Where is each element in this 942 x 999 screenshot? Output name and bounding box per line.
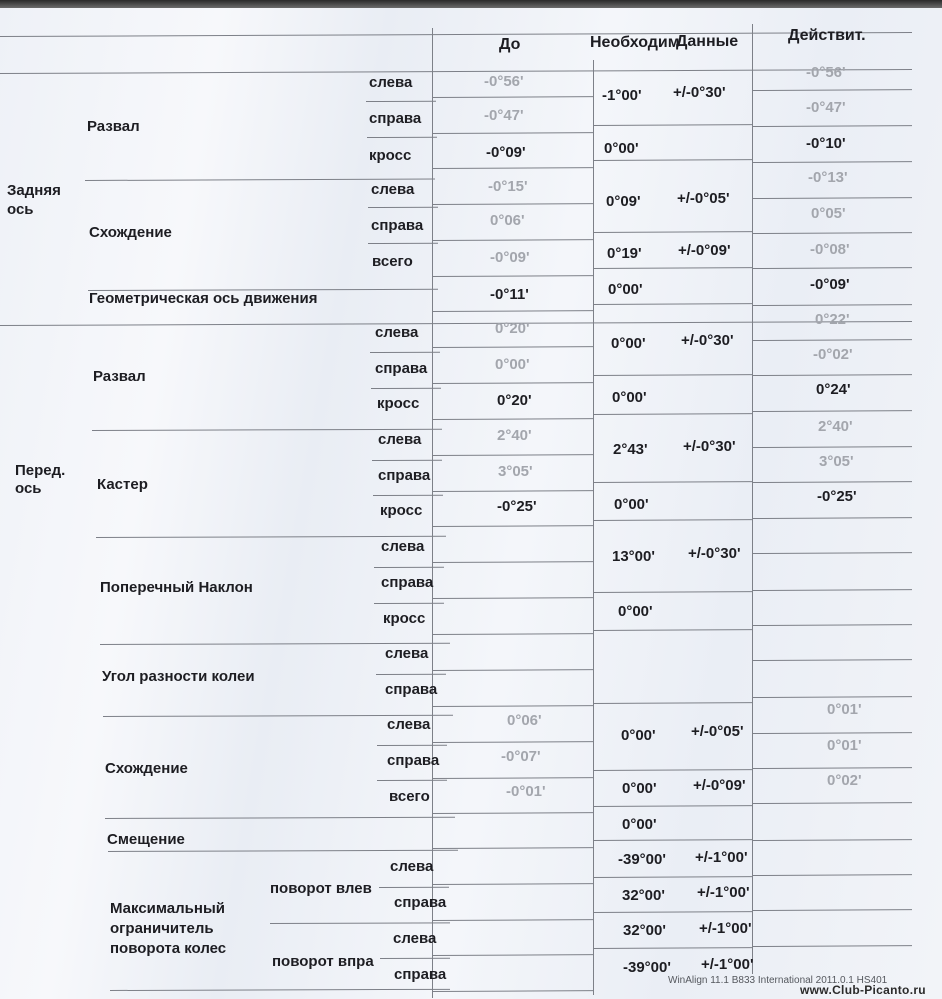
- rear-toe-right-before: 0°06': [490, 212, 525, 229]
- grid-line: [432, 883, 594, 885]
- front-toe-label: Схождение: [105, 760, 188, 777]
- grid-line: [752, 339, 912, 341]
- grid-line: [593, 519, 753, 521]
- grid-line: [593, 947, 753, 949]
- grid-line: [432, 741, 594, 743]
- grid-line: [432, 847, 594, 849]
- turn-left-right-label: справа: [394, 894, 446, 911]
- grid-line: [432, 132, 594, 134]
- front-toe-total-label: всего: [389, 788, 430, 805]
- rear-toe-total-tolerance: +/-0°09': [678, 242, 731, 259]
- toe-out-right-label: справа: [385, 681, 437, 698]
- grid-line: [432, 919, 594, 921]
- grid-line: [752, 802, 912, 804]
- grid-line: [432, 633, 594, 635]
- caster-right-actual: 3°05': [819, 453, 854, 470]
- grid-line: [593, 159, 753, 161]
- turn-right-label: поворот впра: [272, 953, 374, 970]
- grid-line: [432, 96, 594, 98]
- grid-line: [377, 745, 447, 746]
- grid-line: [593, 911, 753, 913]
- grid-line: [752, 232, 912, 234]
- grid-line: [377, 780, 447, 781]
- front-toe-left-label: слева: [387, 716, 430, 733]
- rear-toe-total-actual: -0°08': [810, 241, 850, 258]
- grid-line: [432, 382, 594, 384]
- rear-camber-left-actual: -0°56': [806, 64, 846, 81]
- front-camber-cross-before: 0°20': [497, 392, 532, 409]
- grid-line: [374, 603, 444, 604]
- grid-line: [752, 517, 912, 519]
- grid-line: [593, 839, 753, 841]
- caster-left-label: слева: [378, 431, 421, 448]
- front-camber-left-label: слева: [375, 324, 418, 341]
- grid-line: [432, 310, 594, 312]
- grid-line: [368, 207, 438, 208]
- rear-toe-tolerance: +/-0°05': [677, 190, 730, 207]
- grid-line: [593, 413, 753, 415]
- grid-line: [593, 374, 753, 376]
- front-toe-total-tolerance: +/-0°09': [693, 777, 746, 794]
- thrust-angle-label: Геометрическая ось движения: [89, 290, 317, 307]
- grid-line: [752, 696, 912, 698]
- caster-cross-before: -0°25': [497, 498, 537, 515]
- front-toe-right-before: -0°07': [501, 748, 541, 765]
- turn-right-right-required: -39°00': [623, 959, 671, 976]
- grid-line: [593, 481, 753, 483]
- grid-line: [432, 203, 594, 205]
- scan-top-edge: [0, 0, 942, 8]
- thrust-angle-required: 0°00': [608, 281, 643, 298]
- sai-tolerance: +/-0°30': [688, 545, 741, 562]
- grid-line: [270, 922, 450, 924]
- rear-camber-right-actual: -0°47': [806, 99, 846, 116]
- front-camber-right-actual: -0°02': [813, 346, 853, 363]
- sai-left-label: слева: [381, 538, 424, 555]
- toe-out-on-turns-label: Угол разности колеи: [102, 668, 255, 685]
- grid-line: [374, 567, 444, 568]
- rear-camber-label: Развал: [87, 118, 140, 135]
- rear-toe-label: Схождение: [89, 224, 172, 241]
- grid-line: [105, 817, 455, 819]
- grid-line: [752, 410, 912, 412]
- grid-line: [376, 674, 446, 675]
- grid-line: [432, 454, 594, 456]
- front-axle-label-1: Перед.: [15, 462, 65, 479]
- grid-line: [593, 124, 753, 126]
- sai-label: Поперечный Наклон: [100, 579, 253, 596]
- caster-right-before: 3°05': [498, 463, 533, 480]
- grid-line: [752, 267, 912, 269]
- toe-out-left-label: слева: [385, 645, 428, 662]
- front-toe-required: 0°00': [621, 727, 656, 744]
- grid-line: [593, 876, 753, 878]
- grid-line: [432, 525, 594, 527]
- turn-right-right-label: справа: [394, 966, 446, 983]
- grid-line: [593, 702, 753, 704]
- max-steer-label-3: поворота колес: [110, 940, 226, 957]
- grid-line: [432, 990, 594, 992]
- grid-line: [371, 388, 441, 389]
- front-camber-cross-required: 0°00': [612, 389, 647, 406]
- grid-line: [752, 624, 912, 626]
- grid-line: [432, 954, 594, 956]
- setback-required: 0°00': [622, 816, 657, 833]
- grid-line: [432, 275, 594, 277]
- caster-cross-label: кросс: [380, 502, 422, 519]
- grid-line: [752, 481, 912, 483]
- turn-right-right-tolerance: +/-1°00': [701, 956, 754, 973]
- rear-axle-label-2: ось: [7, 201, 34, 218]
- grid-line: [752, 552, 912, 554]
- grid-line: [593, 303, 753, 305]
- thrust-angle-actual: -0°09': [810, 276, 850, 293]
- grid-line: [593, 629, 753, 631]
- grid-line: [752, 125, 912, 127]
- header-required: Необходим: [590, 34, 680, 52]
- front-camber-left-before: 0°20': [495, 320, 530, 337]
- grid-line: [432, 28, 433, 998]
- front-toe-right-label: справа: [387, 752, 439, 769]
- grid-line: [368, 243, 438, 244]
- front-camber-cross-actual: 0°24': [816, 381, 851, 398]
- rear-camber-right-before: -0°47': [484, 107, 524, 124]
- grid-line: [432, 561, 594, 563]
- grid-line: [432, 705, 594, 707]
- watermark: www.Club-Picanto.ru: [800, 983, 926, 997]
- front-camber-required: 0°00': [611, 335, 646, 352]
- grid-line: [432, 490, 594, 492]
- grid-line: [432, 346, 594, 348]
- front-camber-right-label: справа: [375, 360, 427, 377]
- header-actual: Действит.: [788, 27, 866, 45]
- grid-line: [752, 24, 753, 974]
- rear-toe-required: 0°09': [606, 193, 641, 210]
- caster-cross-actual: -0°25': [817, 488, 857, 505]
- rear-toe-left-label: слева: [371, 181, 414, 198]
- caster-right-label: справа: [378, 467, 430, 484]
- front-toe-left-before: 0°06': [507, 712, 542, 729]
- sai-required: 13°00': [612, 548, 655, 565]
- turn-left-label: поворот влев: [270, 880, 372, 897]
- grid-line: [0, 321, 912, 326]
- grid-line: [752, 874, 912, 876]
- rear-camber-right-label: справа: [369, 110, 421, 127]
- grid-line: [108, 850, 458, 852]
- grid-line: [593, 231, 753, 233]
- rear-axle-label-1: Задняя: [7, 182, 61, 199]
- grid-line: [110, 989, 450, 991]
- grid-line: [432, 669, 594, 671]
- grid-line: [752, 732, 912, 734]
- grid-line: [752, 767, 912, 769]
- grid-line: [380, 958, 450, 959]
- front-camber-right-before: 0°00': [495, 356, 530, 373]
- front-toe-total-required: 0°00': [622, 780, 657, 797]
- rear-camber-cross-label: кросс: [369, 147, 411, 164]
- grid-line: [366, 101, 436, 102]
- thrust-angle-before: -0°11': [490, 286, 529, 303]
- caster-left-before: 2°40': [497, 427, 532, 444]
- header-before: До: [499, 36, 520, 54]
- grid-line: [752, 589, 912, 591]
- rear-toe-right-actual: 0°05': [811, 205, 846, 222]
- grid-line: [432, 167, 594, 169]
- grid-line: [593, 805, 753, 807]
- caster-cross-required: 0°00': [614, 496, 649, 513]
- grid-line: [367, 137, 437, 138]
- front-toe-right-actual: 0°01': [827, 737, 862, 754]
- grid-line: [0, 32, 912, 37]
- grid-line: [379, 887, 449, 888]
- turn-left-right-required: 32°00': [622, 887, 665, 904]
- grid-line: [0, 69, 912, 74]
- grid-line: [752, 197, 912, 199]
- grid-line: [752, 659, 912, 661]
- grid-line: [432, 777, 594, 779]
- turn-left-right-tolerance: +/-1°00': [697, 884, 750, 901]
- rear-toe-total-before: -0°09': [490, 249, 530, 266]
- grid-line: [432, 418, 594, 420]
- grid-line: [593, 267, 753, 269]
- setback-label: Смещение: [107, 831, 185, 848]
- turn-left-left-label: слева: [390, 858, 433, 875]
- front-toe-total-actual: 0°02': [827, 772, 862, 789]
- grid-line: [432, 597, 594, 599]
- sai-cross-label: кросс: [383, 610, 425, 627]
- grid-line: [593, 769, 753, 771]
- caster-tolerance: +/-0°30': [683, 438, 736, 455]
- grid-line: [432, 812, 594, 814]
- rear-toe-total-label: всего: [372, 253, 413, 270]
- grid-line: [370, 352, 440, 353]
- rear-camber-left-label: слева: [369, 74, 412, 91]
- rear-camber-cross-before: -0°09': [486, 144, 526, 161]
- turn-right-left-tolerance: +/-1°00': [699, 920, 752, 937]
- front-camber-tolerance: +/-0°30': [681, 332, 734, 349]
- grid-line: [593, 60, 594, 995]
- grid-line: [432, 239, 594, 241]
- caster-label: Кастер: [97, 476, 148, 493]
- turn-right-left-label: слева: [393, 930, 436, 947]
- front-camber-label: Развал: [93, 368, 146, 385]
- rear-camber-cross-required: 0°00': [604, 140, 639, 157]
- front-toe-left-actual: 0°01': [827, 701, 862, 718]
- front-toe-total-before: -0°01': [506, 783, 546, 800]
- turn-left-left-required: -39°00': [618, 851, 666, 868]
- grid-line: [593, 591, 753, 593]
- header-data: Данные: [676, 33, 738, 51]
- rear-toe-left-actual: -0°13': [808, 169, 848, 186]
- grid-line: [752, 304, 912, 306]
- grid-line: [752, 446, 912, 448]
- grid-line: [752, 374, 912, 376]
- caster-required: 2°43': [613, 441, 648, 458]
- grid-line: [752, 909, 912, 911]
- front-axle-label-2: ось: [15, 480, 42, 497]
- max-steer-label-1: Максимальный: [110, 900, 225, 917]
- rear-camber-left-before: -0°56': [484, 73, 524, 90]
- rear-camber-required: -1°00': [602, 87, 642, 104]
- front-toe-tolerance: +/-0°05': [691, 723, 744, 740]
- max-steer-label-2: ограничитель: [110, 920, 214, 937]
- turn-left-left-tolerance: +/-1°00': [695, 849, 748, 866]
- front-camber-cross-label: кросс: [377, 395, 419, 412]
- grid-line: [752, 161, 912, 163]
- rear-toe-total-required: 0°19': [607, 245, 642, 262]
- front-camber-left-actual: 0°22': [815, 311, 850, 328]
- grid-line: [752, 839, 912, 841]
- caster-left-actual: 2°40': [818, 418, 853, 435]
- sai-right-label: справа: [381, 574, 433, 591]
- turn-right-left-required: 32°00': [623, 922, 666, 939]
- sai-cross-required: 0°00': [618, 603, 653, 620]
- grid-line: [752, 945, 912, 947]
- grid-line: [752, 89, 912, 91]
- rear-toe-left-before: -0°15': [488, 178, 528, 195]
- rear-toe-right-label: справа: [371, 217, 423, 234]
- rear-camber-tolerance: +/-0°30': [673, 84, 726, 101]
- rear-camber-cross-actual: -0°10': [806, 135, 846, 152]
